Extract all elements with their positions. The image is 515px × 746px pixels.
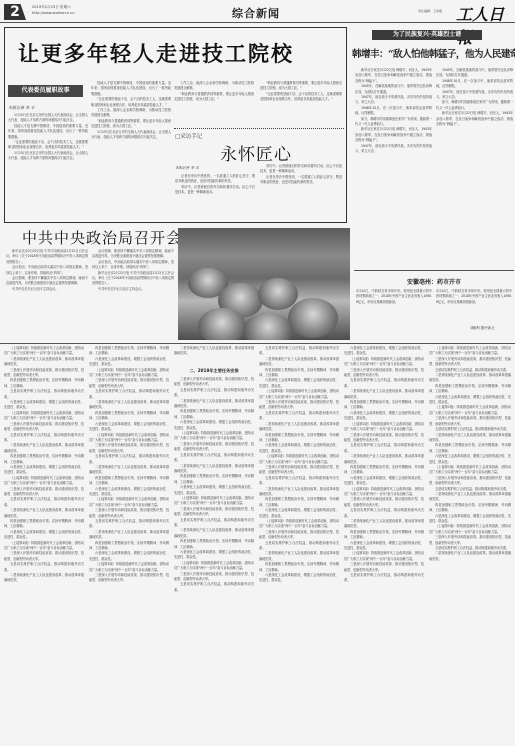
paragraph: 三是深入开展劳动和技能竞赛，推动建设知识型、技能型、创新型劳动者大军。 bbox=[89, 443, 169, 454]
paragraph: 六是深化工会改革和建设，增强工会组织的政治性、先进性、群众性。 bbox=[174, 485, 254, 496]
paragraph: 二是持续深化产业工人队伍建设改革，推动改革举措落地见效。 bbox=[4, 443, 84, 454]
paragraph: 五是切实维护职工合法权益，推动构建和谐劳动关系。 bbox=[89, 389, 169, 400]
paragraph: 四是加强职工思想政治引领，弘扬劳模精神、劳动精神、工匠精神。 bbox=[4, 454, 84, 465]
dotted-divider bbox=[174, 128, 344, 129]
paragraph: 1月15日在北京召开的全国人大代表座谈会，让全国人大代表、技能人才培养方面的问题… bbox=[8, 151, 88, 162]
section-title: 综合新闻 bbox=[232, 5, 280, 21]
paragraph: 1948年10月，在一次战斗中，他率部攻击敌军阵地，壮烈牺牲。 bbox=[355, 106, 432, 117]
paragraph: 六是深化工会改革和建设，增强工会组织的政治性、先进性、群众性。 bbox=[89, 422, 169, 433]
paragraph: 四是加强职工思想政治引领，弘扬劳模精神、劳动精神、工匠精神。 bbox=[344, 400, 424, 411]
paragraph: 五是切实维护职工合法权益，推动构建和谐劳动关系。 bbox=[89, 454, 169, 465]
paragraph: 采访中，记者被他们的朴实和执着所打动。匠心不仅是技术，更是一种精神追求。 bbox=[260, 164, 342, 175]
paragraph: 会议强调，要坚持不懈落实中央八项规定精神，驰而不息改进作风，为决胜全面建成小康社… bbox=[6, 276, 88, 287]
paragraph: 四是加强职工思想政治引领，弘扬劳模精神、劳动精神、工匠精神。 bbox=[89, 346, 169, 357]
paragraph: 二是持续深化产业工人队伍建设改革，推动改革举措落地见效。 bbox=[344, 389, 424, 400]
paragraph: 五是切实维护职工合法权益，推动构建和谐劳动关系。 bbox=[89, 519, 169, 530]
paragraph: 中共中央总书记习近平主持会议。 bbox=[92, 287, 174, 292]
paragraph: 1947年，他在战斗中英勇作战，多次负伤仍坚持战斗，荣立大功。 bbox=[355, 144, 432, 155]
paragraph: （上接第1版）持续推进新时代工会改革创新，团结动员广大职工为实现“两个一百年”奋… bbox=[89, 562, 169, 573]
paragraph: 六是深化工会改革和建设，增强工会组织的政治性、先进性、群众性。 bbox=[344, 541, 424, 552]
hero-banner: 为了民族复兴·英雄烈士谱 bbox=[372, 30, 482, 40]
paragraph: 三是深入开展劳动和技能竞赛，推动建设知识型、技能型、创新型劳动者大军。 bbox=[89, 378, 169, 389]
paragraph: （上接第1版）持续推进新时代工会改革创新，团结动员广大职工为实现“两个一百年”奋… bbox=[259, 454, 339, 465]
issue-date: 2019年2月23日 星期六 bbox=[32, 5, 71, 10]
paragraph: “企业需要的是能干活、会干活的技术工人，这就需要职业院校和企业深度合作，培养更多… bbox=[91, 97, 171, 108]
paragraph: 四是加强职工思想政治引领，弘扬劳模精神、劳动精神、工匠精神。 bbox=[89, 541, 169, 552]
paragraph: 四是加强职工思想政治引领，弘扬劳模精神、劳动精神、工匠精神。 bbox=[429, 503, 511, 514]
note-body-col2: 采访中，记者被他们的朴实和执着所打动。匠心不仅是技术，更是一种精神追求。 记者在… bbox=[260, 164, 342, 204]
paragraph: 1947年，他在战斗中英勇作战，多次负伤仍坚持战斗，荣立大功。 bbox=[436, 90, 513, 101]
politburo-headline: 中共中央政治局召开会议 bbox=[22, 227, 198, 248]
market-caption-col1: 2月22日，中药材交易市场开市。亳州是全国最大的中药材集散地之一，2018年中药… bbox=[356, 289, 432, 325]
paragraph: 三是深入开展劳动和技能竞赛，推动建设知识型、技能型、创新型劳动者大军。 bbox=[174, 507, 254, 518]
paragraph: 三是深入开展劳动和技能竞赛，推动建设知识型、技能型、创新型劳动者大军。 bbox=[429, 476, 511, 487]
paragraph: 记者在采访中感受到，一名普通工人的匠心坚守，既是对职业的热爱，也是对技能传承的责… bbox=[260, 175, 342, 186]
paragraph: 二是持续深化产业工人队伍建设改革，推动改革举措落地见效。 bbox=[89, 465, 169, 476]
paragraph: 如今，韩增丰的英雄事迹在家乡广为传颂，激励着一代又一代人奋勇前行。 bbox=[436, 100, 513, 111]
paragraph: 五是切实维护职工合法权益，推动构建和谐劳动关系。 bbox=[4, 389, 84, 400]
paragraph: 二是持续深化产业工人队伍建设改革，推动改革举措落地见效。 bbox=[4, 508, 84, 519]
paragraph: 二是持续深化产业工人队伍建设改革，推动改革举措落地见效。 bbox=[259, 551, 339, 562]
paragraph: （上接第1版）持续推进新时代工会改革创新，团结动员广大职工为实现“两个一百年”奋… bbox=[89, 368, 169, 379]
hero-body-col2: 1945年，在解放某地的战斗中，他带领突击队冲锋在前，为部队打开通道。 1948… bbox=[436, 68, 513, 268]
report-col5: 六是深化工会改革和建设，增强工会组织的政治性、先进性、群众性。 （上接第1版）持… bbox=[344, 346, 424, 744]
paragraph: 五是切实维护职工合法权益，推动构建和谐劳动关系。 bbox=[259, 541, 339, 552]
paragraph: 五是切实维护职工合法权益，推动构建和谐劳动关系。 bbox=[174, 453, 254, 464]
paragraph: 六是深化工会改革和建设，增强工会组织的政治性、先进性、群众性。 bbox=[429, 514, 511, 525]
paragraph: 五是切实维护职工合法权益，推动构建和谐劳动关系。 bbox=[259, 411, 339, 422]
lead-body-col1: 1月15日在北京召开的全国人大代表座谈会，让全国人大代表、技能人才培养方面的问题… bbox=[8, 113, 88, 219]
paragraph: 三是深入开展劳动和技能竞赛，推动建设知识型、技能型、创新型劳动者大军。 bbox=[89, 508, 169, 519]
paragraph: 四是加强职工思想政治引领，弘扬劳模精神、劳动精神、工匠精神。 bbox=[344, 465, 424, 476]
paragraph: 五是切实维护职工合法权益，推动构建和谐劳动关系。 bbox=[344, 508, 424, 519]
paragraph: 采访中，记者被他们的朴实和执着所打动。匠心不仅是技术，更是一种精神追求。 bbox=[175, 185, 255, 196]
paragraph: 新华社北京2月22日电 中共中央政治局2月22日召开会议，审议《关于2018年中… bbox=[92, 271, 174, 287]
paragraph: “职业教育与普通教育同等重要，要让更多年轻人愿意走进技工院校，成为大国工匠。” bbox=[91, 119, 171, 130]
report-col3-top: 二是持续深化产业工人队伍建设改革，推动改革举措落地见效。 bbox=[174, 346, 254, 366]
paragraph: 六是深化工会改革和建设，增强工会组织的政治性、先进性、群众性。 bbox=[429, 454, 511, 465]
hero-headline: 韩增丰：“敌人怕他韩猛子，他为人民建奇功” bbox=[352, 46, 515, 60]
paragraph: 四是加强职工思想政治引领，弘扬劳模精神、劳动精神、工匠精神。 bbox=[89, 476, 169, 487]
paragraph: 如今，韩增丰的英雄事迹在家乡广为传颂，激励着一代又一代人奋勇前行。 bbox=[355, 117, 432, 128]
paragraph: 五是切实维护职工合法权益，推动构建和谐劳动关系。 bbox=[4, 433, 84, 444]
report-col6: （上接第1版）持续推进新时代工会改革创新，团结动员广大职工为实现“两个一百年”奋… bbox=[429, 346, 511, 744]
paragraph: （上接第1版）持续推进新时代工会改革创新，团结动员广大职工为实现“两个一百年”奋… bbox=[429, 346, 511, 357]
herb-sack bbox=[198, 308, 246, 340]
paragraph: 二是持续深化产业工人队伍建设改革，推动改革举措落地见效。 bbox=[429, 433, 511, 444]
paragraph: 二是持续深化产业工人队伍建设改革，推动改革举措落地见效。 bbox=[344, 519, 424, 530]
paragraph: 六是深化工会改革和建设，增强工会组织的政治性、先进性、群众性。 bbox=[4, 530, 84, 541]
paragraph: 四是加强职工思想政治引领，弘扬劳模精神、劳动精神、工匠精神。 bbox=[429, 384, 511, 395]
paragraph: （上接第1版）持续推进新时代工会改革创新，团结动员广大职工为实现“两个一百年”奋… bbox=[429, 405, 511, 416]
paragraph: 五是切实维护职工合法权益，推动构建和谐劳动关系。 bbox=[174, 388, 254, 399]
interview-note-byline: 本报记者 李 丰 bbox=[175, 166, 199, 171]
paragraph: 四是加强职工思想政治引领，弘扬劳模精神、劳动精神、工匠精神。 bbox=[89, 411, 169, 422]
lead-headline: 让更多年轻人走进技工院校 bbox=[18, 38, 294, 68]
paragraph: 三是深入开展劳动和技能竞赛，推动建设知识型、技能型、创新型劳动者大军。 bbox=[259, 530, 339, 541]
paragraph: 会议指出，中央政治局带头落实中央八项规定精神，坚持以上率下、以身作则，持续纠治“… bbox=[6, 265, 88, 276]
paragraph: 二是持续深化产业工人队伍建设改革，推动改革举措落地见效。 bbox=[4, 573, 84, 584]
paragraph: 二是持续深化产业工人队伍建设改革，推动改革举措落地见效。 bbox=[174, 464, 254, 475]
report-col4: 五是切实维护职工合法权益，推动构建和谐劳动关系。 二是持续深化产业工人队伍建设改… bbox=[259, 346, 339, 744]
paragraph: 新华社石家庄2月22日电 韩增丰，河北人，1943年参加八路军，在抗日战争和解放… bbox=[355, 127, 432, 143]
paragraph: 三是深入开展劳动和技能竞赛，推动建设知识型、技能型、创新型劳动者大军。 bbox=[259, 400, 339, 411]
paragraph: 六是深化工会改革和建设，增强工会组织的政治性、先进性、群众性。 bbox=[89, 487, 169, 498]
paragraph: 五是切实维护职工合法权益，推动构建和谐劳动关系。 bbox=[4, 497, 84, 508]
paragraph: 六是深化工会改革和建设，增强工会组织的政治性、先进性、群众性。 bbox=[344, 476, 424, 487]
paragraph: 三是深入开展劳动和技能竞赛，推动建设知识型、技能型、创新型劳动者大军。 bbox=[259, 465, 339, 476]
paragraph: 四是加强职工思想政治引领，弘扬劳模精神、劳动精神、工匠精神。 bbox=[259, 497, 339, 508]
paragraph: 二是持续深化产业工人队伍建设改革，推动改革举措落地见效。 bbox=[174, 346, 254, 357]
lead-byline: 本报记者 李 丰 bbox=[8, 105, 35, 111]
paragraph: 五是切实维护职工合法权益，推动构建和谐劳动关系。 bbox=[259, 346, 339, 357]
paragraph: 二是持续深化产业工人队伍建设改革，推动改革举措落地见效。 bbox=[174, 528, 254, 539]
paragraph: 四是加强职工思想政治引领，弘扬劳模精神、劳动精神、工匠精神。 bbox=[4, 519, 84, 530]
paragraph: 六是深化工会改革和建设，增强工会组织的政治性、先进性、群众性。 bbox=[89, 551, 169, 562]
paragraph: （上接第1版）持续推进新时代工会改革创新，团结动员广大职工为实现“两个一百年”奋… bbox=[174, 431, 254, 442]
paragraph: 1945年，在解放某地的战斗中，他带领突击队冲锋在前，为部队打开通道。 bbox=[436, 68, 513, 79]
lead-body-col2: 技能人才是支撑中国制造、中国创造的重要力量。近年来，国家高度重视技能人才队伍建设… bbox=[91, 81, 171, 219]
paragraph: 五是切实维护职工合法权益，推动构建和谐劳动关系。 bbox=[344, 443, 424, 454]
politburo-body-col1: 新华社北京2月22日电 中共中央政治局2月22日召开会议，审议《关于2018年中… bbox=[6, 249, 88, 341]
paragraph: 六是深化工会改革和建设，增强工会组织的政治性、先进性、群众性。 bbox=[259, 378, 339, 389]
paragraph: 六是深化工会改革和建设，增强工会组织的政治性、先进性、群众性。 bbox=[89, 357, 169, 368]
paragraph: 六是深化工会改革和建设，增强工会组织的政治性、先进性、群众性。 bbox=[259, 573, 339, 584]
interview-note-tag: □采访手记 bbox=[175, 132, 202, 140]
paragraph: 三是深入开展劳动和技能竞赛，推动建设知识型、技能型、创新型劳动者大军。 bbox=[4, 487, 84, 498]
paragraph: 四是加强职工思想政治引领，弘扬劳模精神、劳动精神、工匠精神。 bbox=[259, 562, 339, 573]
lead-body-col3: 工作之余，她深入企业和学校调研，为推动技工院校发展建言献策。 “职业教育与普通教… bbox=[174, 81, 254, 127]
report-col2: 四是加强职工思想政治引领，弘扬劳模精神、劳动精神、工匠精神。 六是深化工会改革和… bbox=[89, 346, 169, 744]
paragraph: （上接第1版）持续推进新时代工会改革创新，团结动员广大职工为实现“两个一百年”奋… bbox=[259, 389, 339, 400]
paragraph: 六是深化工会改革和建设，增强工会组织的政治性、先进性、群众性。 bbox=[429, 395, 511, 406]
paragraph: 二是持续深化产业工人队伍建设改革，推动改革举措落地见效。 bbox=[344, 454, 424, 465]
paragraph: 四是加强职工思想政治引领，弘扬劳模精神、劳动精神、工匠精神。 bbox=[174, 539, 254, 550]
paragraph: 二是持续深化产业工人队伍建设改革，推动改革举措落地见效。 bbox=[89, 400, 169, 411]
paragraph: 二是持续深化产业工人队伍建设改革，推动改革举措落地见效。 bbox=[259, 422, 339, 433]
caption-divider bbox=[354, 270, 514, 271]
paragraph: 五是切实维护职工合法权益，推动构建和谐劳动关系。 bbox=[344, 573, 424, 584]
column-tag: 代表委员履职故事 bbox=[8, 85, 83, 97]
paragraph: 三是深入开展劳动和技能竞赛，推动建设知识型、技能型、创新型劳动者大军。 bbox=[4, 551, 84, 562]
market-headline: 安徽亳州：药市开市 bbox=[354, 277, 514, 286]
paragraph: 新华社石家庄2月22日电 韩增丰，河北人，1943年参加八路军，在抗日战争和解放… bbox=[436, 111, 513, 127]
paragraph: （上接第1版）持续推进新时代工会改革创新，团结动员广大职工为实现“两个一百年”奋… bbox=[89, 433, 169, 444]
paragraph: 二是持续深化产业工人队伍建设改革，推动改革举措落地见效。 bbox=[259, 487, 339, 498]
paragraph: 1948年10月，在一次战斗中，他率部攻击敌军阵地，壮烈牺牲。 bbox=[436, 79, 513, 90]
editor-line: 责任编辑：王伟强 bbox=[418, 9, 442, 14]
paragraph: 六是深化工会改革和建设，增强工会组织的政治性、先进性、群众性。 bbox=[174, 550, 254, 561]
paragraph: 1947年，他在战斗中英勇作战，多次负伤仍坚持战斗，荣立大功。 bbox=[355, 95, 432, 106]
paragraph: （上接第1版）持续推进新时代工会改革创新，团结动员广大职工为实现“两个一百年”奋… bbox=[4, 346, 84, 357]
paragraph: “企业需要的是能干活、会干活的技术工人，这就需要职业院校和企业深度合作，培养更多… bbox=[260, 92, 342, 103]
report-col3: 三是深入开展劳动和技能竞赛，推动建设知识型、技能型、创新型劳动者大军。 五是切实… bbox=[174, 377, 254, 744]
paragraph: 会议指出，中央政治局带头落实中央八项规定精神，坚持以上率下、以身作则，持续纠治“… bbox=[92, 260, 174, 271]
paragraph: （上接第1版）持续推进新时代工会改革创新，团结动员广大职工为实现“两个一百年”奋… bbox=[89, 497, 169, 508]
photo-credit: 刘勤利 摄/中新社 bbox=[470, 326, 494, 331]
paragraph: 五是切实维护职工合法权益，推动构建和谐劳动关系。 bbox=[174, 582, 254, 593]
paragraph: 三是深入开展劳动和技能竞赛，推动建设知识型、技能型、创新型劳动者大军。 bbox=[4, 422, 84, 433]
paragraph: 六是深化工会改革和建设，增强工会组织的政治性、先进性、群众性。 bbox=[4, 400, 84, 411]
paragraph: （上接第1版）持续推进新时代工会改革创新，团结动员广大职工为实现“两个一百年”奋… bbox=[4, 541, 84, 552]
paragraph: 技能人才是支撑中国制造、中国创造的重要力量。近年来，国家高度重视技能人才队伍建设… bbox=[91, 81, 171, 97]
paragraph: 二是持续深化产业工人队伍建设改革，推动改革举措落地见效。 bbox=[4, 357, 84, 368]
hero-body-col1: 新华社石家庄2月22日电 韩增丰，河北人，1943年参加八路军，在抗日战争和解放… bbox=[355, 68, 432, 268]
paragraph: 三是深入开展劳动和技能竞赛，推动建设知识型、技能型、创新型劳动者大军。 bbox=[429, 357, 511, 368]
header-divider bbox=[0, 22, 515, 23]
paragraph: 记者在采访中感受到，一名普通工人的匠心坚守，既是对职业的热爱，也是对技能传承的责… bbox=[175, 174, 255, 185]
paragraph: 六是深化工会改革和建设，增强工会组织的政治性、先进性、群众性。 bbox=[344, 346, 424, 357]
paragraph: （上接第1版）持续推进新时代工会改革创新，团结动员广大职工为实现“两个一百年”奋… bbox=[259, 519, 339, 530]
paragraph: 二是持续深化产业工人队伍建设改革，推动改革举措落地见效。 bbox=[429, 492, 511, 503]
paragraph: （上接第1版）持续推进新时代工会改革创新，团结动员广大职工为实现“两个一百年”奋… bbox=[344, 551, 424, 562]
paragraph: （上接第1版）持续推进新时代工会改革创新，团结动员广大职工为实现“两个一百年”奋… bbox=[429, 524, 511, 535]
paragraph: 五是切实维护职工合法权益，推动构建和谐劳动关系。 bbox=[344, 378, 424, 389]
paragraph: 三是深入开展劳动和技能竞赛，推动建设知识型、技能型、创新型劳动者大军。 bbox=[174, 572, 254, 583]
report-section-heading: 二、2019年主要任务安排 bbox=[174, 368, 254, 374]
paragraph: 四是加强职工思想政治引领，弘扬劳模精神、劳动精神、工匠精神。 bbox=[259, 368, 339, 379]
paragraph: 二是持续深化产业工人队伍建设改革，推动改革举措落地见效。 bbox=[259, 357, 339, 368]
paragraph: 二是持续深化产业工人队伍建设改革，推动改革举措落地见效。 bbox=[429, 551, 511, 562]
herb-sack bbox=[288, 298, 338, 338]
paragraph: 四是加强职工思想政治引领，弘扬劳模精神、劳动精神、工匠精神。 bbox=[344, 530, 424, 541]
paragraph: 三是深入开展劳动和技能竞赛，推动建设知识型、技能型、创新型劳动者大军。 bbox=[344, 562, 424, 573]
paragraph: “职业教育与普通教育同等重要，要让更多年轻人愿意走进技工院校，成为大国工匠。” bbox=[174, 92, 254, 103]
interview-note-headline: 永怀匠心 bbox=[220, 140, 292, 165]
paragraph: 四是加强职工思想政治引领，弘扬劳模精神、劳动精神、工匠精神。 bbox=[429, 443, 511, 454]
paragraph: “企业需要的是能干活、会干活的技术工人，这就需要职业院校和企业深度合作，培养更多… bbox=[8, 140, 88, 151]
paragraph: 六是深化工会改革和建设，增强工会组织的政治性、先进性、群众性。 bbox=[174, 420, 254, 431]
paragraph: 四是加强职工思想政治引领，弘扬劳模精神、劳动精神、工匠精神。 bbox=[174, 474, 254, 485]
paragraph: 中共中央总书记习近平主持会议。 bbox=[6, 287, 88, 292]
paragraph: 新华社北京2月22日电 中共中央政治局2月22日召开会议，审议《关于2018年中… bbox=[6, 249, 88, 265]
paragraph: 1月15日在北京召开的全国人大代表座谈会，让全国人大代表、技能人才培养方面的问题… bbox=[8, 113, 88, 124]
paragraph: （上接第1版）持续推进新时代工会改革创新，团结动员广大职工为实现“两个一百年”奋… bbox=[344, 422, 424, 433]
paragraph: 五是切实维护职工合法权益，推动构建和谐劳动关系。 bbox=[429, 427, 511, 432]
paragraph: （上接第1版）持续推进新时代工会改革创新，团结动员广大职工为实现“两个一百年”奋… bbox=[4, 411, 84, 422]
paragraph: 三是深入开展劳动和技能竞赛，推动建设知识型、技能型、创新型劳动者大军。 bbox=[89, 573, 169, 584]
paragraph: 五是切实维护职工合法权益，推动构建和谐劳动关系。 bbox=[4, 562, 84, 573]
paragraph: 工作之余，她深入企业和学校调研，为推动技工院校发展建言献策。 bbox=[174, 81, 254, 92]
paragraph: 四是加强职工思想政治引领，弘扬劳模精神、劳动精神、工匠精神。 bbox=[4, 378, 84, 389]
paragraph: 三是深入开展劳动和技能竞赛，推动建设知识型、技能型、创新型劳动者大军。 bbox=[4, 368, 84, 379]
market-photo bbox=[178, 228, 350, 340]
paragraph: 六是深化工会改革和建设，增强工会组织的政治性、先进性、群众性。 bbox=[344, 411, 424, 422]
paragraph: 三是深入开展劳动和技能竞赛，推动建设知识型、技能型、创新型劳动者大军。 bbox=[344, 497, 424, 508]
paragraph: 1月15日在北京召开的全国人大代表座谈会，让全国人大代表、技能人才培养方面的问题… bbox=[91, 130, 171, 141]
paragraph: （上接第1版）持续推进新时代工会改革创新，团结动员广大职工为实现“两个一百年”奋… bbox=[4, 476, 84, 487]
paragraph: 五是切实维护职工合法权益，推动构建和谐劳动关系。 bbox=[174, 518, 254, 529]
paragraph: 二是持续深化产业工人队伍建设改革，推动改革举措落地见效。 bbox=[89, 530, 169, 541]
paragraph: 会议强调，要坚持不懈落实中央八项规定精神，驰而不息改进作风，为决胜全面建成小康社… bbox=[92, 249, 174, 260]
section-divider bbox=[0, 343, 515, 344]
paragraph: 五是切实维护职工合法权益，推动构建和谐劳动关系。 bbox=[259, 476, 339, 487]
paragraph: 二是持续深化产业工人队伍建设改革，推动改革举措落地见效。 bbox=[429, 373, 511, 384]
lead-body-col4: “职业教育与普通教育同等重要，要让更多年轻人愿意走进技工院校，成为大国工匠。” … bbox=[260, 81, 342, 127]
paragraph: （上接第1版）持续推进新时代工会改革创新，团结动员广大职工为实现“两个一百年”奋… bbox=[174, 561, 254, 572]
paragraph: （上接第1版）持续推进新时代工会改革创新，团结动员广大职工为实现“两个一百年”奋… bbox=[344, 357, 424, 368]
paragraph: （上接第1版）持续推进新时代工会改革创新，团结动员广大职工为实现“两个一百年”奋… bbox=[344, 487, 424, 498]
site-url[interactable]: http://www.workercn.cn bbox=[32, 11, 74, 16]
paragraph: 二是持续深化产业工人队伍建设改革，推动改革举措落地见效。 bbox=[174, 399, 254, 410]
paragraph: 六是深化工会改革和建设，增强工会组织的政治性、先进性、群众性。 bbox=[4, 465, 84, 476]
masthead-logo: 工人日報 bbox=[456, 2, 515, 48]
politburo-body-col2: 会议强调，要坚持不懈落实中央八项规定精神，驰而不息改进作风，为决胜全面建成小康社… bbox=[92, 249, 174, 341]
paragraph: （上接第1版）持续推进新时代工会改革创新，团结动员广大职工为实现“两个一百年”奋… bbox=[174, 496, 254, 507]
page-number: 2 bbox=[4, 4, 26, 20]
paragraph: 新华社石家庄2月22日电 韩增丰，河北人，1943年参加八路军，在抗日战争和解放… bbox=[355, 68, 432, 84]
paragraph: 六是深化工会改革和建设，增强工会组织的政治性、先进性、群众性。 bbox=[259, 508, 339, 519]
paragraph: 工作之余，她深入企业和学校调研，为推动技工院校发展建言献策。 bbox=[91, 108, 171, 119]
paragraph: （上接第1版）持续推进新时代工会改革创新，团结动员广大职工为实现“两个一百年”奋… bbox=[429, 465, 511, 476]
paragraph: 三是深入开展劳动和技能竞赛，推动建设知识型、技能型、创新型劳动者大军。 bbox=[429, 416, 511, 427]
paragraph: 1945年，在解放某地的战斗中，他带领突击队冲锋在前，为部队打开通道。 bbox=[355, 84, 432, 95]
paragraph: 四是加强职工思想政治引领，弘扬劳模精神、劳动精神、工匠精神。 bbox=[174, 409, 254, 420]
paragraph: 三是深入开展劳动和技能竞赛，推动建设知识型、技能型、创新型劳动者大军。 bbox=[174, 377, 254, 388]
paragraph: 三是深入开展劳动和技能竞赛，推动建设知识型、技能型、创新型劳动者大军。 bbox=[174, 442, 254, 453]
paragraph: 技能人才是支撑中国制造、中国创造的重要力量。近年来，国家高度重视技能人才队伍建设… bbox=[8, 124, 88, 140]
note-body-col1: 记者在采访中感受到，一名普通工人的匠心坚守，既是对职业的热爱，也是对技能传承的责… bbox=[175, 174, 255, 220]
paragraph: 六是深化工会改革和建设，增强工会组织的政治性、先进性、群众性。 bbox=[259, 443, 339, 454]
paragraph: “职业教育与普通教育同等重要，要让更多年轻人愿意走进技工院校，成为大国工匠。” bbox=[260, 81, 342, 92]
report-col1: （上接第1版）持续推进新时代工会改革创新，团结动员广大职工为实现“两个一百年”奋… bbox=[4, 346, 84, 744]
paragraph: 四是加强职工思想政治引领，弘扬劳模精神、劳动精神、工匠精神。 bbox=[259, 433, 339, 444]
herb-sack bbox=[243, 313, 293, 340]
paragraph: 三是深入开展劳动和技能竞赛，推动建设知识型、技能型、创新型劳动者大军。 bbox=[344, 433, 424, 444]
market-caption-col2: 2月22日，中药材交易市场开市。亳州是全国最大的中药材集散地之一，2018年中药… bbox=[436, 289, 512, 315]
paragraph: 三是深入开展劳动和技能竞赛，推动建设知识型、技能型、创新型劳动者大军。 bbox=[429, 535, 511, 546]
paragraph: 三是深入开展劳动和技能竞赛，推动建设知识型、技能型、创新型劳动者大军。 bbox=[344, 368, 424, 379]
